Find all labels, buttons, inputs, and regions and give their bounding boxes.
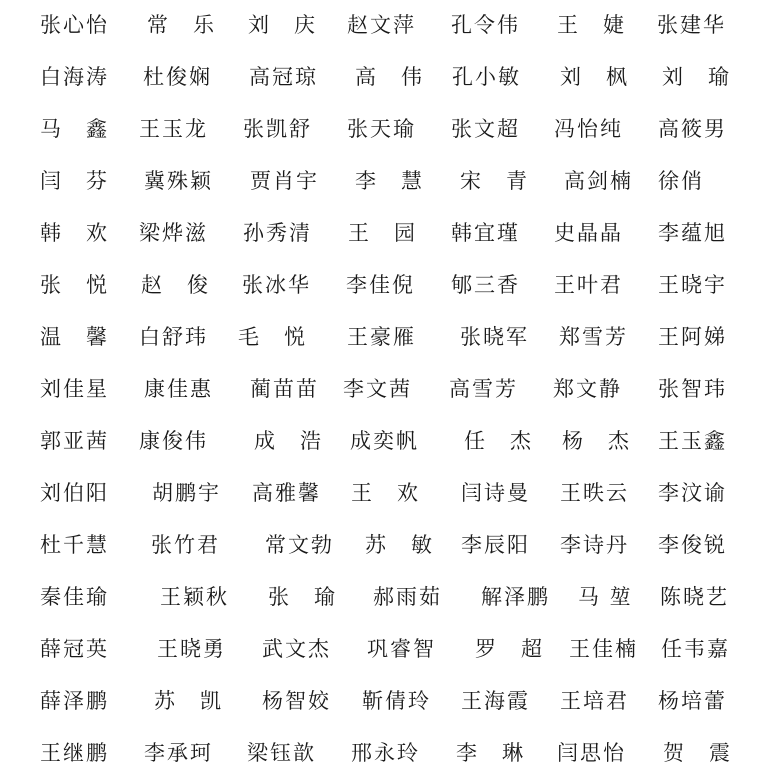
name-cell: 韩 欢 [40, 213, 109, 253]
name-row: 薛冠英王晓勇武文杰巩睿智罗 超王佳楠任韦嘉 [0, 629, 776, 669]
name-cell: 苏 敏 [365, 525, 434, 565]
name-row: 温 馨白舒玮毛 悦王豪雁张晓军郑雪芳王阿娣 [0, 317, 776, 357]
name-cell: 王 园 [348, 213, 417, 253]
name-cell: 李文茜 [343, 369, 412, 409]
name-cell: 巩睿智 [367, 629, 436, 669]
name-row: 张心怡常 乐刘 庆赵文萍孔令伟王 婕张建华 [0, 5, 776, 45]
name-cell: 高剑楠 [564, 161, 633, 201]
name-cell: 赵文萍 [347, 5, 416, 45]
name-cell: 郑文静 [553, 369, 622, 409]
name-cell: 张晓军 [460, 317, 529, 357]
name-cell: 张 瑜 [268, 577, 337, 617]
name-cell: 张冰华 [242, 265, 311, 305]
name-cell: 王玉鑫 [658, 421, 727, 461]
name-cell: 张 悦 [40, 265, 109, 305]
name-cell: 任韦嘉 [661, 629, 730, 669]
name-cell: 孔令伟 [451, 5, 520, 45]
name-cell: 闫思怡 [557, 733, 626, 773]
name-cell: 郇三香 [451, 265, 520, 305]
name-cell: 康俊伟 [139, 421, 208, 461]
name-cell: 王玉龙 [139, 109, 208, 149]
name-cell: 高雪芳 [449, 369, 518, 409]
name-cell: 任 杰 [464, 421, 533, 461]
name-cell: 王继鹏 [40, 733, 109, 773]
name-cell: 杨智姣 [262, 681, 331, 721]
name-cell: 李辰阳 [461, 525, 530, 565]
name-cell: 刘 庆 [248, 5, 317, 45]
name-cell: 马 堃 [578, 577, 633, 617]
name-cell: 王昳云 [560, 473, 629, 513]
name-cell: 宋 青 [460, 161, 529, 201]
name-cell: 高雅馨 [252, 473, 321, 513]
name-cell: 靳倩玲 [362, 681, 431, 721]
name-cell: 王阿娣 [658, 317, 727, 357]
name-cell: 李俊锐 [658, 525, 727, 565]
name-cell: 闫 芬 [40, 161, 109, 201]
name-cell: 秦佳瑜 [40, 577, 109, 617]
name-cell: 康佳惠 [144, 369, 213, 409]
name-cell: 王佳楠 [569, 629, 638, 669]
name-cell: 梁钰歆 [247, 733, 316, 773]
name-cell: 白舒玮 [139, 317, 208, 357]
name-cell: 高 伟 [355, 57, 424, 97]
name-cell: 王叶君 [554, 265, 623, 305]
name-row: 闫 芬冀殊颖贾肖宇李 慧宋 青高剑楠徐俏 [0, 161, 776, 201]
name-cell: 杨 杰 [562, 421, 631, 461]
name-cell: 史晶晶 [554, 213, 623, 253]
name-cell: 张凯舒 [243, 109, 312, 149]
name-cell: 李佳倪 [346, 265, 415, 305]
name-cell: 高冠琼 [249, 57, 318, 97]
name-cell: 罗 超 [475, 629, 544, 669]
name-cell: 杜千慧 [40, 525, 109, 565]
name-cell: 陈晓艺 [660, 577, 729, 617]
name-cell: 张建华 [657, 5, 726, 45]
name-row: 杜千慧张竹君常文勃苏 敏李辰阳李诗丹李俊锐 [0, 525, 776, 565]
name-cell: 常文勃 [265, 525, 334, 565]
name-cell: 李汶谕 [658, 473, 727, 513]
name-cell: 常 乐 [147, 5, 216, 45]
name-list-document: 张心怡常 乐刘 庆赵文萍孔令伟王 婕张建华白海涛杜俊娴高冠琼高 伟孔小敏刘 枫刘… [0, 0, 776, 774]
name-cell: 王晓宇 [658, 265, 727, 305]
name-cell: 马 鑫 [40, 109, 109, 149]
name-cell: 邢永玲 [351, 733, 420, 773]
name-cell: 冀殊颖 [144, 161, 213, 201]
name-cell: 李 琳 [456, 733, 525, 773]
name-cell: 王颖秋 [160, 577, 229, 617]
name-cell: 王晓勇 [157, 629, 226, 669]
name-cell: 郭亚茜 [40, 421, 109, 461]
name-cell: 贺 震 [663, 733, 732, 773]
name-row: 秦佳瑜王颖秋张 瑜郝雨茹解泽鹏马 堃陈晓艺 [0, 577, 776, 617]
name-cell: 郑雪芳 [559, 317, 628, 357]
name-cell: 解泽鹏 [481, 577, 550, 617]
name-cell: 刘佳星 [40, 369, 109, 409]
name-cell: 张天瑜 [347, 109, 416, 149]
name-cell: 王 婕 [557, 5, 626, 45]
name-cell: 张竹君 [151, 525, 220, 565]
name-row: 薛泽鹏苏 凯杨智姣靳倩玲王海霞王培君杨培蕾 [0, 681, 776, 721]
name-cell: 杜俊娴 [143, 57, 212, 97]
name-cell: 温 馨 [40, 317, 109, 357]
name-row: 马 鑫王玉龙张凯舒张天瑜张文超冯怡纯高筱男 [0, 109, 776, 149]
name-cell: 张心怡 [40, 5, 109, 45]
name-cell: 王培君 [560, 681, 629, 721]
name-cell: 刘伯阳 [40, 473, 109, 513]
name-cell: 孔小敏 [452, 57, 521, 97]
name-cell: 王豪雁 [347, 317, 416, 357]
name-cell: 王海霞 [461, 681, 530, 721]
name-cell: 杨培蕾 [658, 681, 727, 721]
name-cell: 苏 凯 [154, 681, 223, 721]
name-cell: 冯怡纯 [554, 109, 623, 149]
name-row: 王继鹏李承珂梁钰歆邢永玲李 琳闫思怡贺 震 [0, 733, 776, 773]
name-cell: 薛泽鹏 [40, 681, 109, 721]
name-row: 刘佳星康佳惠蔺苗苗李文茜高雪芳郑文静张智玮 [0, 369, 776, 409]
name-cell: 蔺苗苗 [250, 369, 319, 409]
name-row: 刘伯阳胡鹏宇高雅馨王 欢闫诗曼王昳云李汶谕 [0, 473, 776, 513]
name-cell: 赵 俊 [141, 265, 210, 305]
name-cell: 韩宜瑾 [451, 213, 520, 253]
name-cell: 贾肖宇 [250, 161, 319, 201]
name-cell: 武文杰 [262, 629, 331, 669]
name-cell: 高筱男 [658, 109, 727, 149]
name-cell: 张文超 [451, 109, 520, 149]
name-cell: 李 慧 [355, 161, 424, 201]
name-cell: 毛 悦 [238, 317, 307, 357]
name-cell: 李承珂 [144, 733, 213, 773]
name-cell: 张智玮 [658, 369, 727, 409]
name-cell: 王 欢 [351, 473, 420, 513]
name-cell: 徐俏 [658, 161, 704, 201]
name-cell: 成奕帆 [350, 421, 419, 461]
name-cell: 闫诗曼 [461, 473, 530, 513]
name-cell: 梁烨滋 [139, 213, 208, 253]
name-cell: 薛冠英 [40, 629, 109, 669]
name-cell: 成 浩 [254, 421, 323, 461]
name-cell: 李诗丹 [560, 525, 629, 565]
name-row: 张 悦赵 俊张冰华李佳倪郇三香王叶君王晓宇 [0, 265, 776, 305]
name-cell: 孙秀清 [243, 213, 312, 253]
name-cell: 刘 枫 [560, 57, 629, 97]
name-row: 白海涛杜俊娴高冠琼高 伟孔小敏刘 枫刘 瑜 [0, 57, 776, 97]
name-cell: 胡鹏宇 [152, 473, 221, 513]
name-row: 郭亚茜康俊伟成 浩成奕帆任 杰杨 杰王玉鑫 [0, 421, 776, 461]
name-row: 韩 欢梁烨滋孙秀清王 园韩宜瑾史晶晶李蕴旭 [0, 213, 776, 253]
name-cell: 刘 瑜 [662, 57, 731, 97]
name-cell: 李蕴旭 [658, 213, 727, 253]
name-cell: 白海涛 [40, 57, 109, 97]
name-cell: 郝雨茹 [373, 577, 442, 617]
